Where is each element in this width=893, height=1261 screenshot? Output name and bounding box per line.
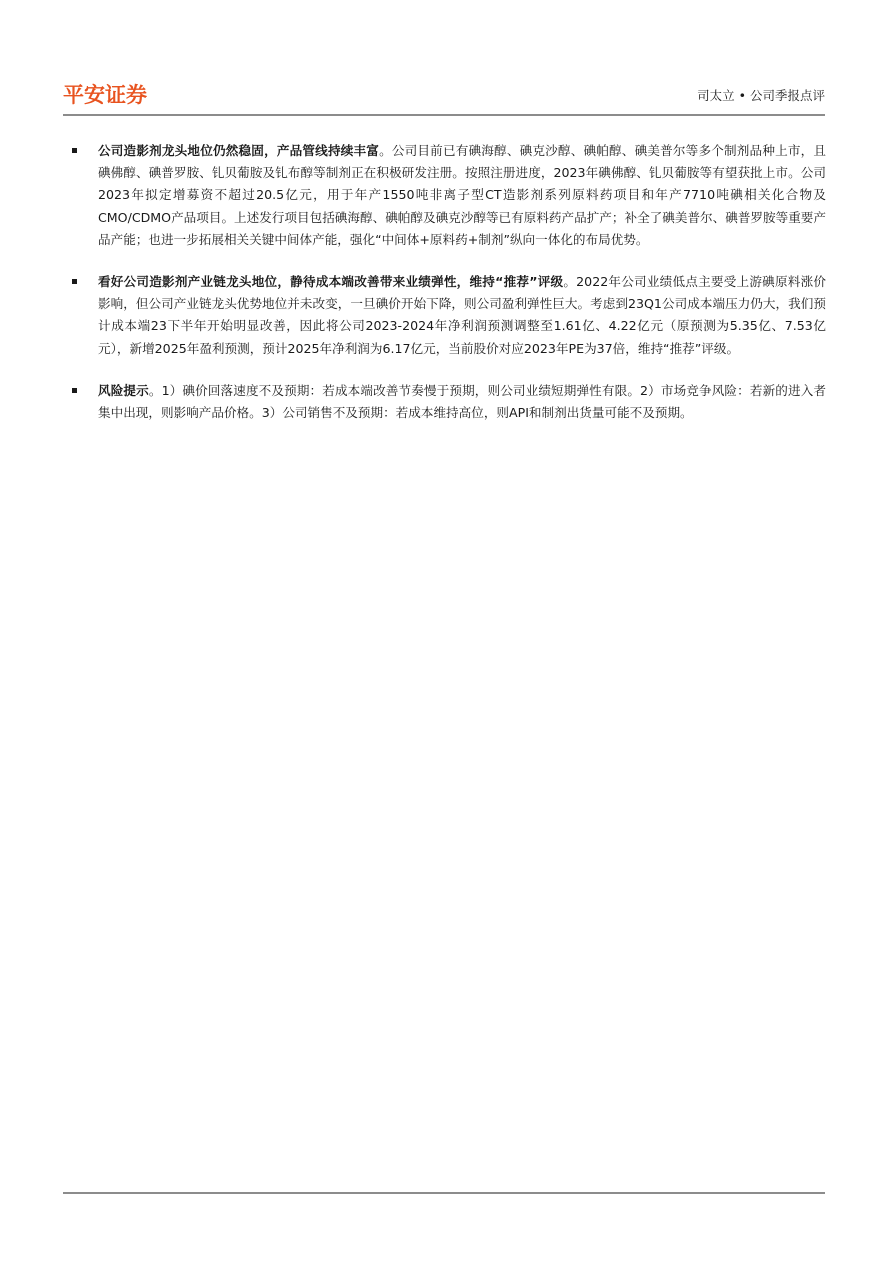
company-logo: 平安证券 <box>63 83 147 107</box>
page-header: 平安证券 司太立 • 公司季报点评 <box>63 80 825 116</box>
report-type-label: 司太立 • 公司季报点评 <box>697 88 825 104</box>
bullet-title: 公司造影剂龙头地位仍然稳固，产品管线持续丰富 <box>98 143 379 158</box>
bullet-item-core-position: 公司造影剂龙头地位仍然稳固，产品管线持续丰富。公司目前已有碘海醇、碘克沙醇、碘帕… <box>70 140 826 251</box>
bullet-body: 。1）碘价回落速度不及预期：若成本端改善节奏慢于预期，则公司业绩短期弹性有限。2… <box>98 383 826 420</box>
bullet-item-risks: 风险提示。1）碘价回落速度不及预期：若成本端改善节奏慢于预期，则公司业绩短期弹性… <box>70 380 826 424</box>
square-bullet-icon <box>72 388 77 393</box>
square-bullet-icon <box>72 148 77 153</box>
bullet-title: 看好公司造影剂产业链龙头地位，静待成本端改善带来业绩弹性，维持“推荐”评级 <box>98 274 563 289</box>
bullet-body: 。公司目前已有碘海醇、碘克沙醇、碘帕醇、碘美普尔等多个制剂品种上市，且碘佛醇、碘… <box>98 143 826 247</box>
bullet-item-rating: 看好公司造影剂产业链龙头地位，静待成本端改善带来业绩弹性，维持“推荐”评级。20… <box>70 271 826 360</box>
footer-divider <box>63 1192 825 1194</box>
bullet-title: 风险提示 <box>98 383 149 398</box>
header-divider <box>63 114 825 116</box>
square-bullet-icon <box>72 279 77 284</box>
report-body: 公司造影剂龙头地位仍然稳固，产品管线持续丰富。公司目前已有碘海醇、碘克沙醇、碘帕… <box>70 140 826 444</box>
